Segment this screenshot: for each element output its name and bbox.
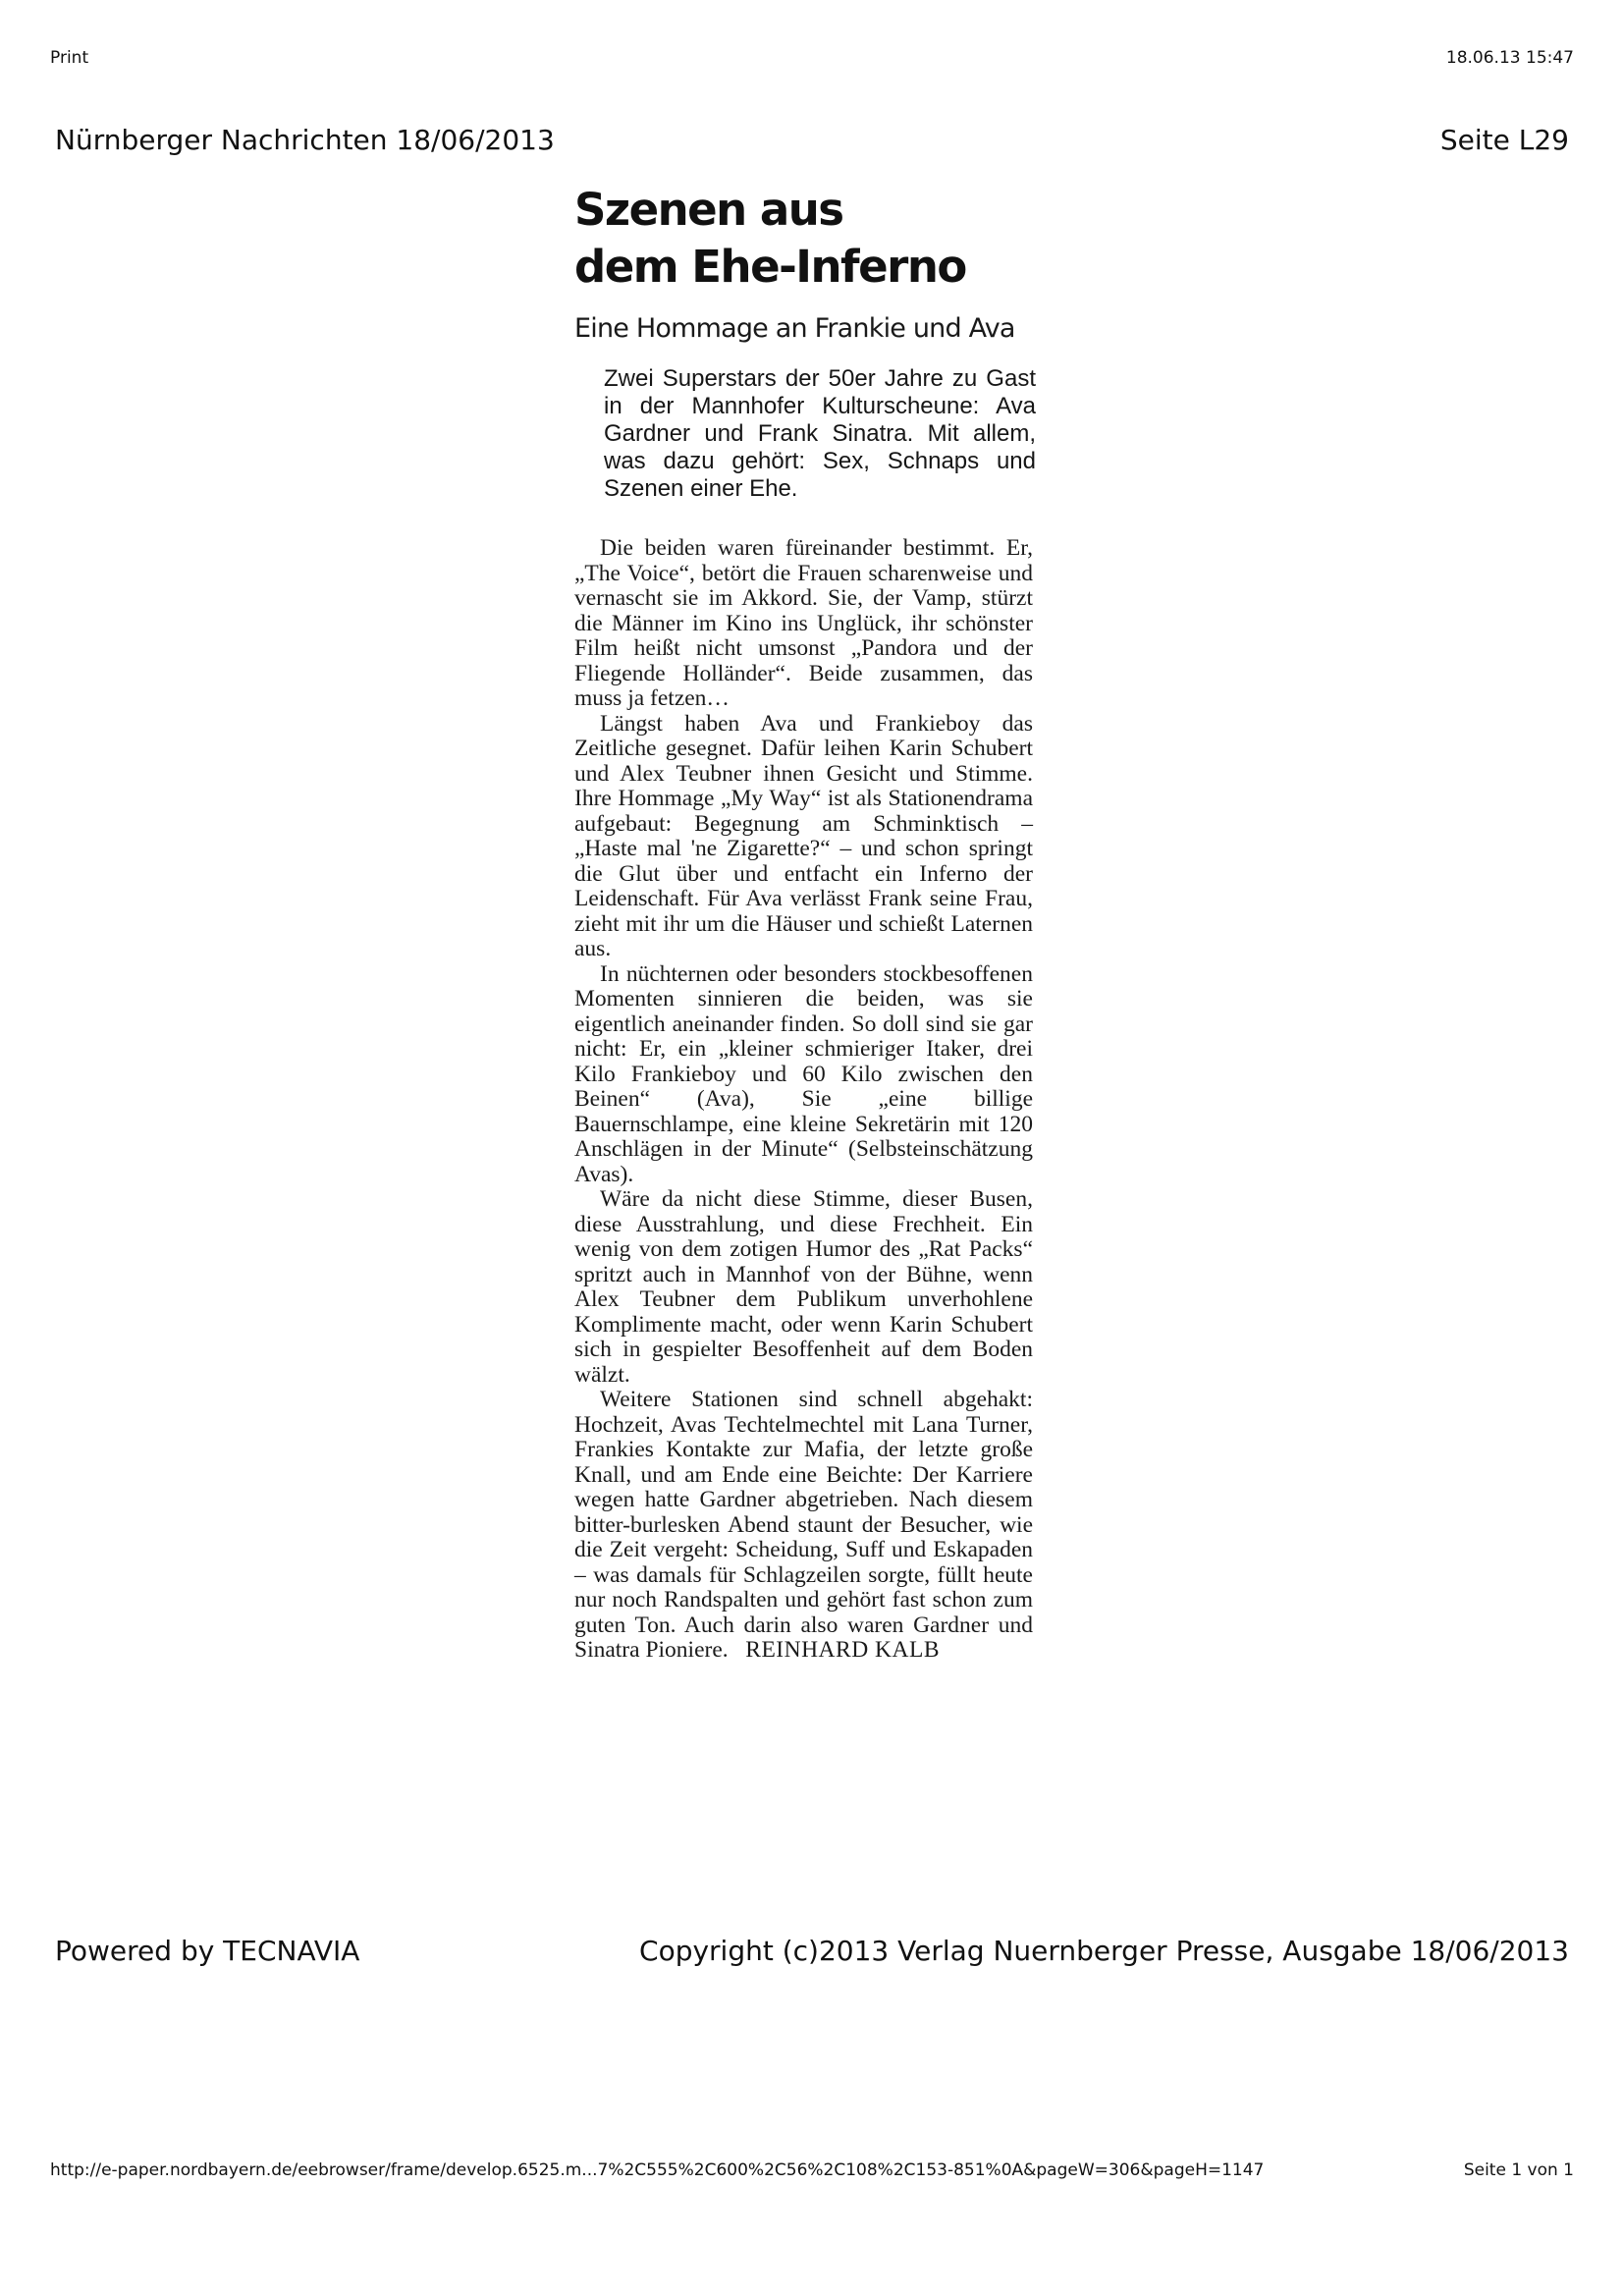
- page-url: http://e-paper.nordbayern.de/eebrowser/f…: [50, 2160, 1264, 2180]
- paragraph-last: Weitere Stationen sind schnell abgehakt:…: [574, 1388, 1033, 1664]
- byline: REINHARD KALB: [745, 1637, 940, 1663]
- paragraph: Längst haben Ava und Frankieboy das Zeit…: [574, 712, 1033, 962]
- paragraph: Die beiden waren füreinander bestimmt. E…: [574, 536, 1033, 712]
- page-count: Seite 1 von 1: [1464, 2160, 1574, 2180]
- print-label: Print: [50, 48, 88, 68]
- paragraph-text: Weitere Stationen sind schnell abgehakt:…: [574, 1387, 1033, 1663]
- paragraph: In nüchternen oder besonders stockbesoff…: [574, 962, 1033, 1188]
- teaser: Zwei Superstars der 50er Jahre zu Gast i…: [604, 365, 1036, 503]
- print-datetime: 18.06.13 15:47: [1446, 48, 1574, 68]
- page-number: Seite L29: [1440, 124, 1569, 156]
- powered-by: Powered by TECNAVIA: [55, 1935, 359, 1967]
- paragraph: Wäre da nicht diese Stimme, dieser Busen…: [574, 1187, 1033, 1388]
- headline-line-1: Szenen aus: [574, 184, 843, 236]
- subheadline: Eine Hommage an Frankie und Ava: [574, 313, 1038, 344]
- headline: Szenen aus dem Ehe-Inferno: [574, 182, 1038, 296]
- article: Szenen aus dem Ehe-Inferno Eine Hommage …: [574, 182, 1038, 1664]
- publication-name: Nürnberger Nachrichten 18/06/2013: [55, 124, 555, 156]
- copyright: Copyright (c)2013 Verlag Nuernberger Pre…: [639, 1935, 1569, 1967]
- headline-line-2: dem Ehe-Inferno: [574, 241, 966, 293]
- article-body: Die beiden waren füreinander bestimmt. E…: [574, 536, 1033, 1664]
